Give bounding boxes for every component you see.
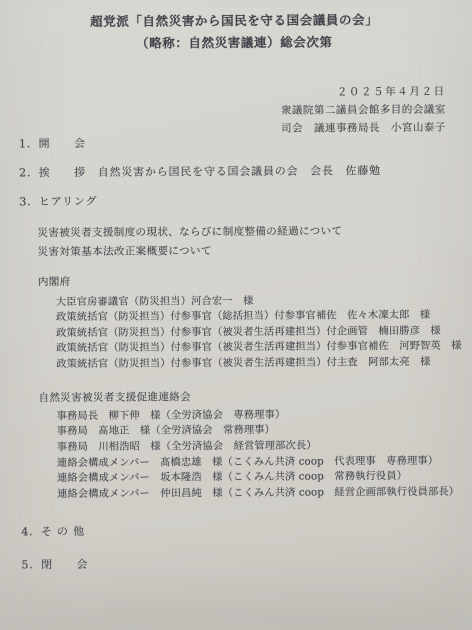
document-page: 超党派「自然災害から国民を守る国会議員の会」 （略称：自然災害議連）総会次第 ２…: [0, 0, 472, 630]
hearing-member-line: 連絡会構成メンバー 髙橋忠雄 様（こくみん共済 coop 代表理事 専務理事）: [57, 456, 438, 469]
agenda-document: 超党派「自然災害から国民を守る国会議員の会」 （略称：自然災害議連）総会次第 ２…: [0, 0, 472, 630]
hearing-member-line: 政策統括官（防災担当）付参事官（被災者生活再建担当）付主査 阿部太亮 様: [56, 357, 430, 370]
hearing-topic-1: 災害被災者支援制度の現状、ならびに制度整備の経過について: [37, 226, 342, 238]
meeting-moderator: 司会 議連事務局長 小宮山泰子: [281, 123, 446, 135]
hearing-member-line: 連絡会構成メンバー 坂本隆浩 様（こくみん共済 coop 常務執行役員）: [57, 471, 407, 483]
agenda-item-5: 5．閉 会: [21, 559, 88, 570]
document-title-line2: （略称：自然災害議連）総会次第: [0, 36, 470, 51]
hearing-member-line: 政策統括官（防災担当）付参事官（被災者生活再建担当）付参事官補佐 河野智英 様: [56, 341, 462, 354]
meeting-date: ２０２５年４月２日: [337, 87, 446, 98]
document-title-line1: 超党派「自然災害から国民を守る国会議員の会」: [0, 14, 470, 29]
agenda-item-2: 2．挨 拶 自然災害から国民を守る国会議員の会 会長 佐藤勉: [19, 165, 381, 178]
hearing-member-line: 大臣官房審議官（防災担当）河合宏一 様: [56, 296, 254, 308]
hearing-member-line: 事務局長 柳下伸 様（全労済協会 専務理事）: [57, 410, 286, 422]
agenda-item-1: 1．開 会: [19, 138, 86, 149]
hearing-member-line: 政策統括官（防災担当）付参事官（被災者生活再建担当）付企画管 楠田勝彦 様: [56, 326, 441, 339]
hearing-topic-2: 災害対策基本法改正案概要について: [38, 246, 212, 258]
hearing-group-2-name: 自然災害被災者支援促進連絡会: [38, 392, 191, 404]
agenda-item-3: 3．ヒアリング: [19, 196, 97, 207]
hearing-group-1-name: 内閣府: [38, 277, 71, 288]
hearing-member-line: 政策統括官（防災担当）付参事官（総括担当）付参事官補佐 佐々木凜太郎 様: [56, 310, 430, 323]
agenda-item-4: 4．そ の 他: [21, 526, 85, 537]
hearing-member-line: 連絡会構成メンバー 仲田昌純 様（こくみん共済 coop 経営企画部執行役員部長…: [57, 487, 459, 500]
meeting-venue: 衆議院第二議員会館多目的会議室: [281, 105, 446, 117]
hearing-member-line: 事務局 川相浩昭 様（全労済協会 経営管理部次長）: [57, 441, 317, 453]
hearing-member-line: 事務局 髙地正 様（全労済協会 常務理事）: [57, 425, 275, 437]
